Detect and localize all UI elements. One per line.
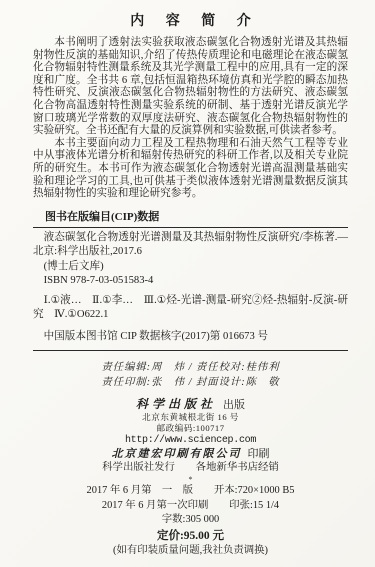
- credit-editor-proofreader: 责任编辑:周 炜 / 责任校对:桂伟利: [33, 360, 348, 375]
- cip-record-number: 中国版本图书馆 CIP 数据核字(2017)第 016673 号: [33, 330, 348, 351]
- cip-header: 图书在版编目(CIP)数据: [33, 209, 348, 227]
- publisher-address: 北京东黄城根北街 16 号: [33, 412, 348, 423]
- publisher-postcode: 邮政编码:100717: [33, 423, 348, 434]
- cip-bottom-rule: [33, 350, 348, 351]
- printer-line: 北京建宏印刷有限公司印刷: [33, 447, 348, 461]
- publisher-name: 科学出版社: [136, 397, 216, 411]
- publisher-website: http://www.sciencep.com: [33, 434, 348, 447]
- cip-entry: 液态碳氢化合物透射光谱测量及其热辐射物性反演研究/李栋著.—北京:科学出版社,2…: [33, 228, 348, 260]
- credit-printer-designer: 责任印制:张 伟 / 封面设计:陈 敬: [33, 375, 348, 390]
- cip-isbn: ISBN 978-7-03-051583-4: [33, 274, 348, 289]
- print-label: 印刷: [248, 448, 270, 460]
- distribution-line: 科学出版社发行 各地新华书店经销: [33, 461, 348, 475]
- staff-credits: 责任编辑:周 炜 / 责任校对:桂伟利 责任印制:张 伟 / 封面设计:陈 敬: [33, 360, 348, 390]
- intro-paragraph-2: 本书主要面向动力工程及工程热物理和石油天然气工程等专业中从事液体光谱分析和辐射传…: [33, 138, 348, 201]
- printer-name: 北京建宏印刷有限公司: [112, 448, 242, 460]
- colophon: 科学出版社出版 北京东黄城根北街 16 号 邮政编码:100717 http:/…: [33, 397, 348, 558]
- edition-printing-line: 2017 年 6 月第一次印刷 印张:15 1/4: [33, 499, 348, 514]
- book-copyright-page: 内 容 简 介 本书阐明了透射法实验获取液态碳氢化合物透射光谱及其热辐射物性反演…: [0, 0, 375, 567]
- publisher-line: 科学出版社出版: [33, 397, 348, 412]
- cip-series: (博士后文库): [33, 260, 348, 275]
- cip-section: 图书在版编目(CIP)数据 液态碳氢化合物透射光谱测量及其热辐射物性反演研究/李…: [33, 209, 348, 352]
- star-divider: *: [33, 475, 348, 484]
- quality-note: (如有印装质量问题,我社负责调换): [33, 544, 348, 559]
- word-count-line: 字数:305 000: [33, 513, 348, 528]
- cip-classification: Ⅰ.①液… Ⅱ.①李… Ⅲ.①烃-光谱-测量-研究②烃-热辐射-反演-研究 Ⅳ.…: [33, 294, 348, 323]
- intro-title: 内 容 简 介: [33, 10, 348, 30]
- price-line: 定价:95.00 元: [33, 528, 348, 544]
- edition-first-line: 2017 年 6 月第 一 版 开本:720×1000 B5: [33, 484, 348, 499]
- intro-paragraph-1: 本书阐明了透射法实验获取液态碳氢化合物透射光谱及其热辐射物性反演的基础知识,介绍…: [33, 37, 348, 138]
- publish-label: 出版: [223, 399, 245, 411]
